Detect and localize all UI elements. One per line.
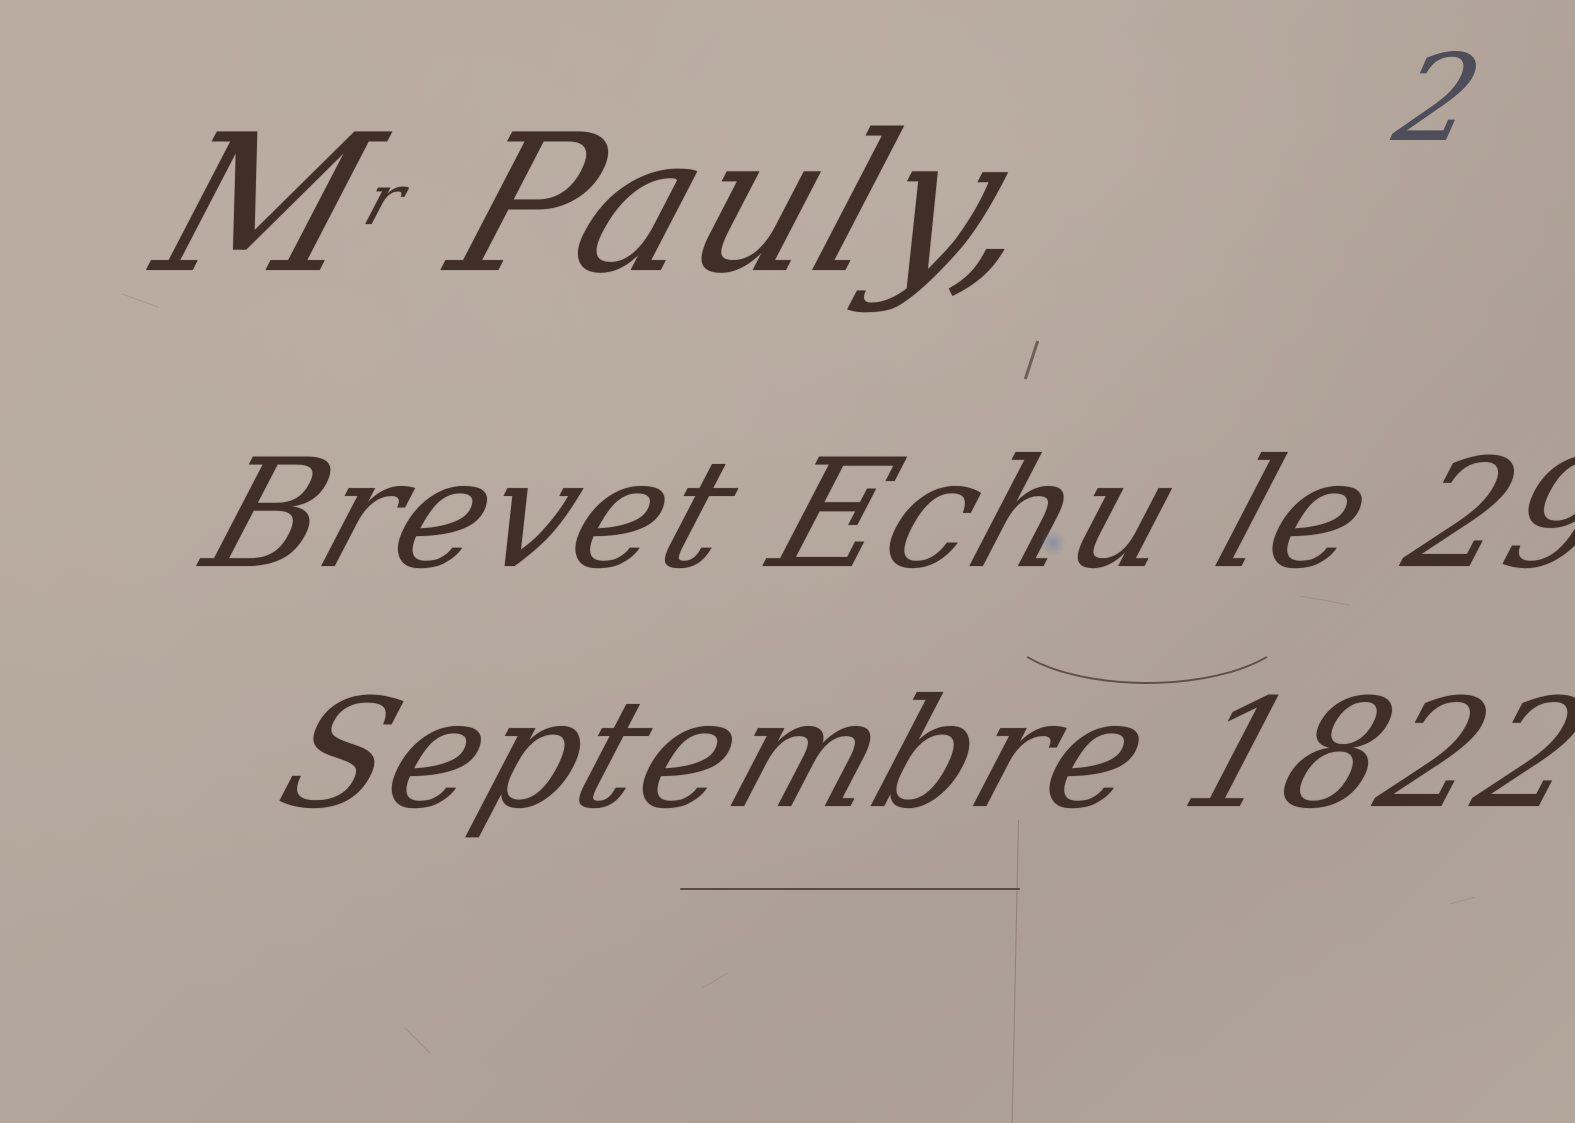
addressee-name: Pauly, xyxy=(429,94,1071,315)
paper-fold-line xyxy=(1012,820,1019,1123)
underline-stroke xyxy=(680,888,1020,890)
addressee-line: Mr Pauly, xyxy=(139,110,1065,300)
manuscript-page: 2 Mr Pauly, Brevet Echu le 29 Septembre … xyxy=(0,0,1575,1123)
paper-fiber xyxy=(702,973,728,989)
ink-stroke xyxy=(1024,341,1039,380)
title-prefix: M xyxy=(134,94,402,315)
brevet-line: Brevet Echu le 29 xyxy=(191,440,1575,590)
date-line: Septembre 1822. xyxy=(266,680,1575,830)
paper-fiber xyxy=(405,1028,430,1053)
paper-fiber xyxy=(1450,897,1474,904)
ink-stain xyxy=(1040,530,1066,556)
nine-flourish xyxy=(1000,560,1294,684)
page-number: 2 xyxy=(1385,40,1491,160)
